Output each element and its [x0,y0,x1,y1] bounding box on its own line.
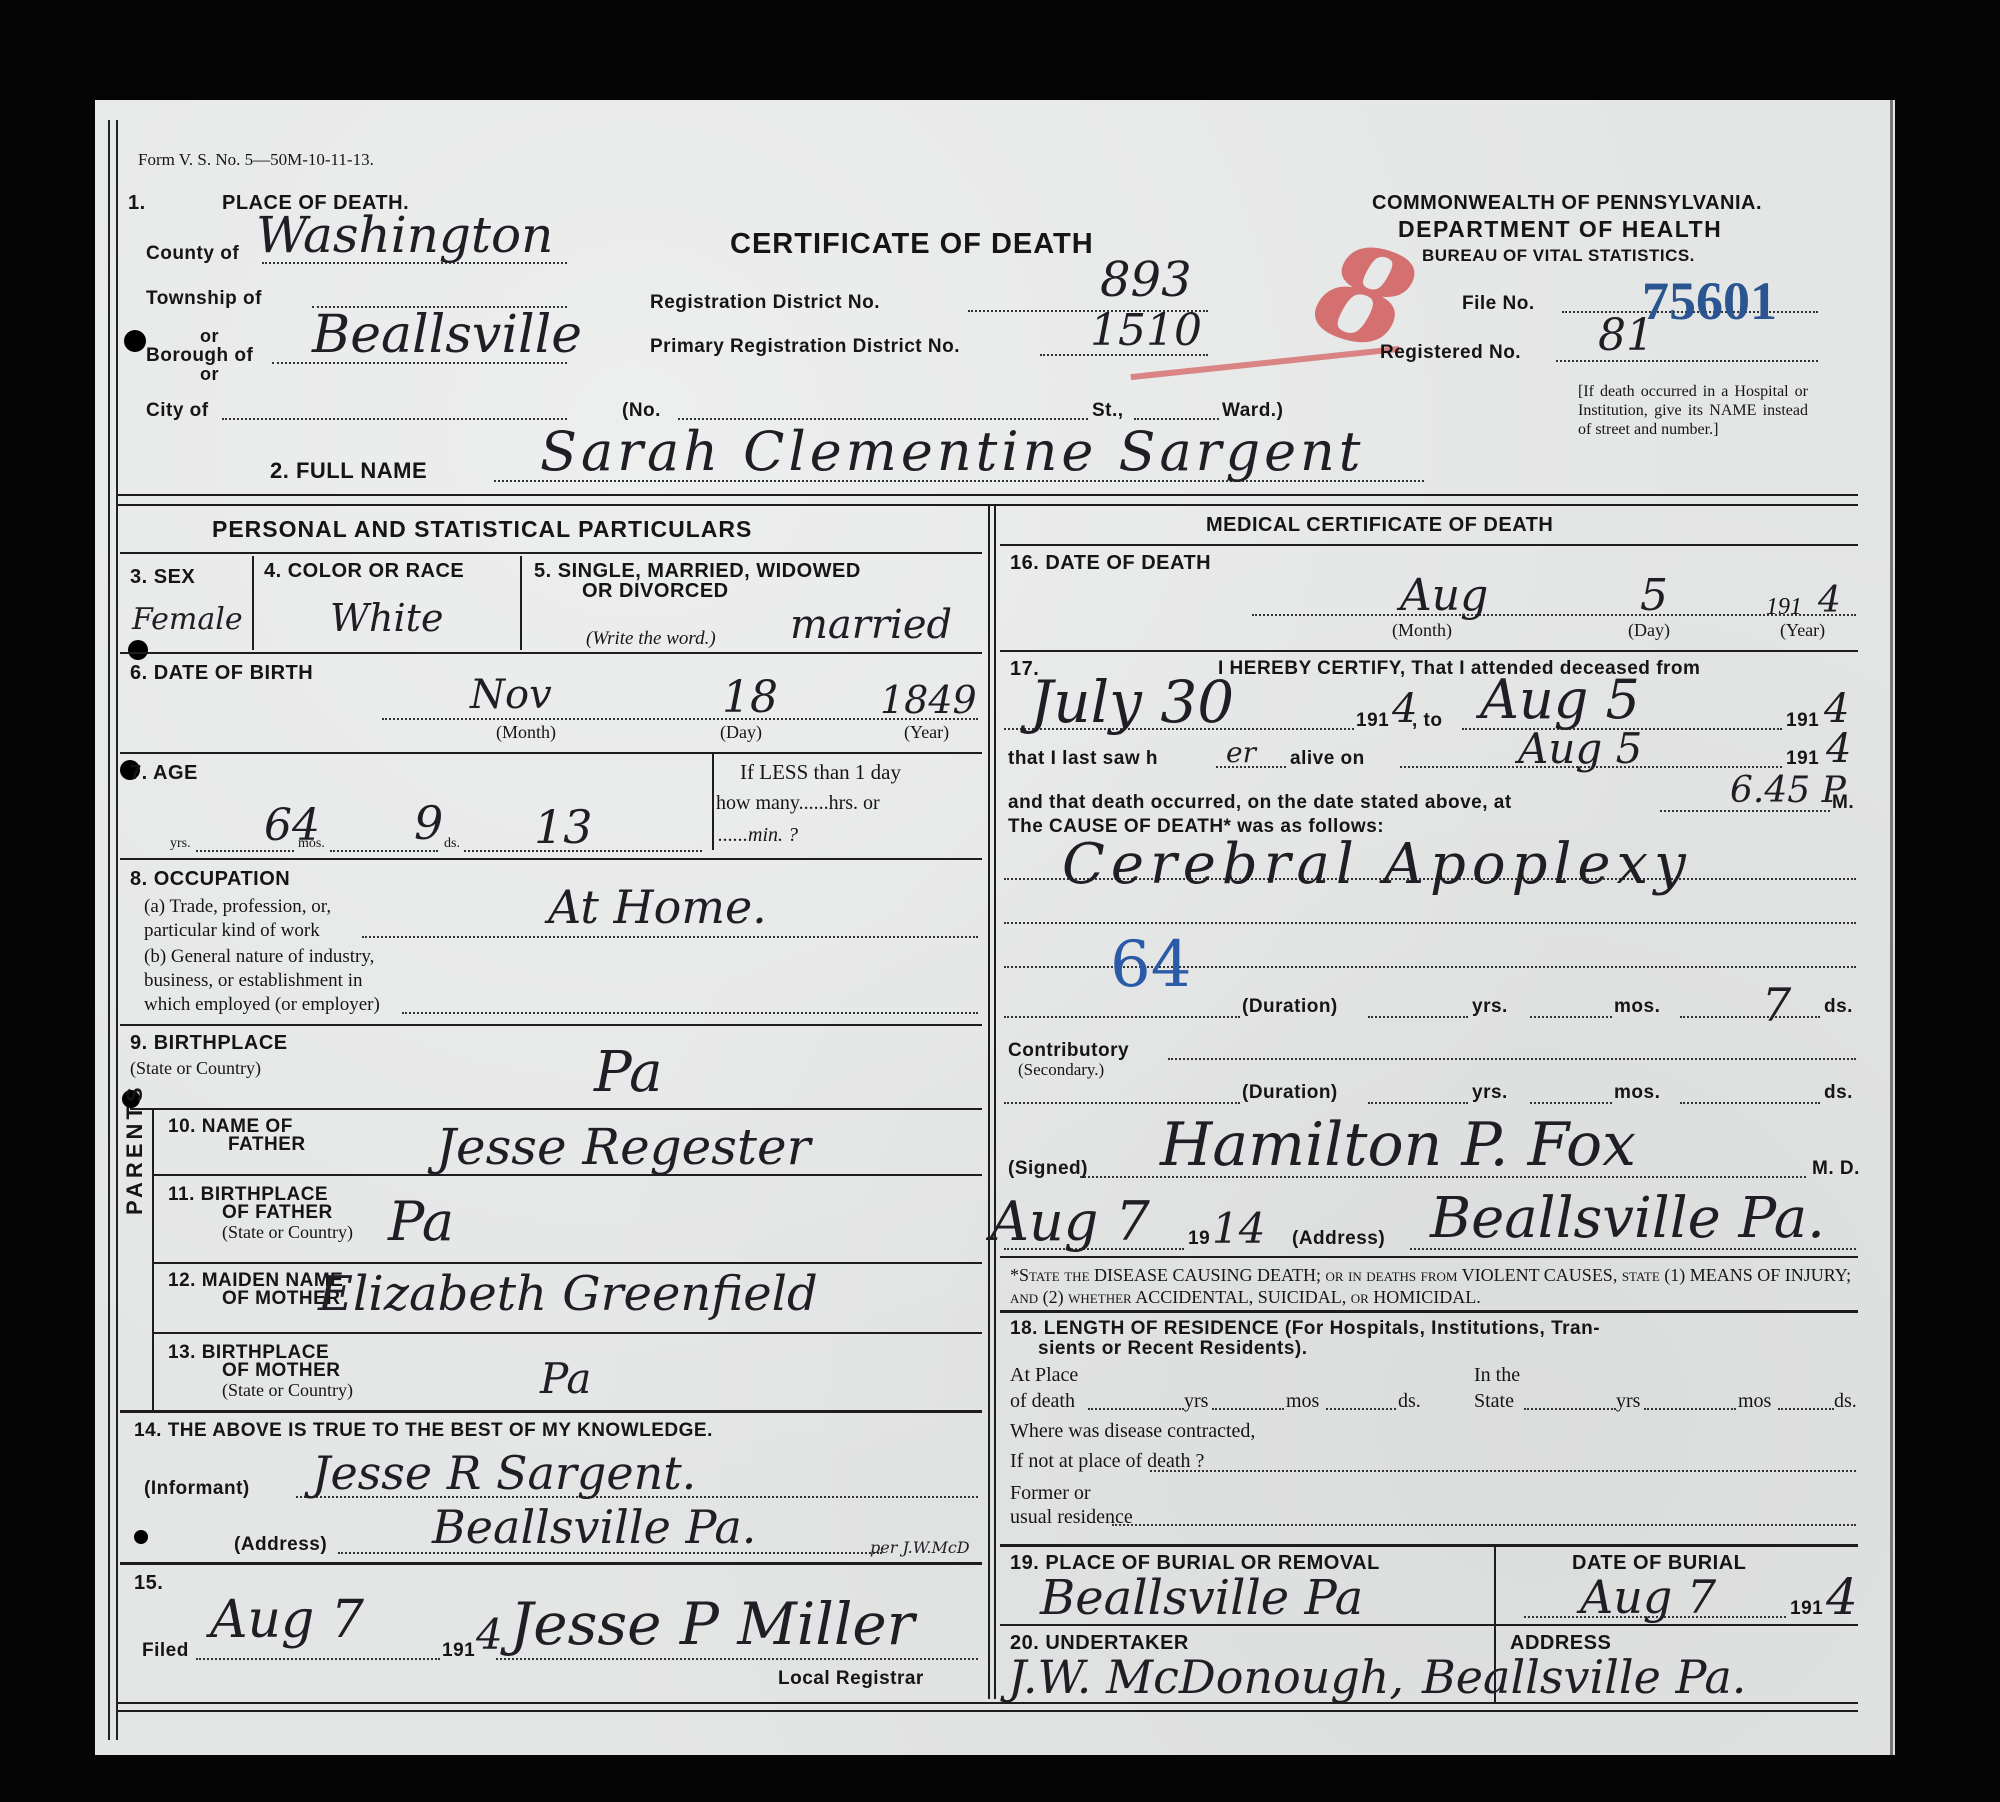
death-time-suffix: M. [1832,792,1854,814]
at-place-yrs: yrs [1184,1390,1208,1413]
marital-label-2: OR DIVORCED [582,580,729,603]
punch-hole [134,1530,148,1544]
alive-on-label: alive on [1290,748,1365,770]
dod-day-caption: (Day) [1628,620,1670,641]
occupation-b-line-2: business, or establishment in [144,970,362,992]
file-number-label: File No. [1462,293,1535,315]
at-place-label-1: At Place [1010,1364,1078,1387]
cause-of-death: Cerebral Apoplexy [1062,832,1692,897]
occupation-b-line-3: which employed (or employer) [144,994,380,1016]
occupation-label: 8. OCCUPATION [130,868,290,891]
father-birthplace-label-2: OF FATHER [222,1202,333,1224]
hospital-note: [If death occurred in a Hospital or Inst… [1578,382,1808,439]
dod-month: Aug [1400,570,1488,621]
race-value: White [330,596,443,640]
dob-month: Nov [470,672,552,718]
age-yrs-caption: yrs. [170,836,191,852]
at-place-mos: mos [1286,1390,1319,1413]
duration-yrs: yrs. [1472,996,1508,1018]
no-label: (No. [622,400,661,422]
age-days: 13 [534,800,593,854]
marital-value: married [790,602,952,648]
left-border [108,120,118,1740]
dob-day-caption: (Day) [720,722,762,743]
duration-mos: mos. [1614,996,1660,1018]
race-label: 4. COLOR OR RACE [264,560,464,583]
birthplace-value: Pa [594,1040,663,1105]
informant-label: (Informant) [144,1478,250,1500]
personal-heading: PERSONAL AND STATISTICAL PARTICULARS [212,516,752,543]
filed-year-suffix: 4 [476,1610,503,1659]
section-15-label: 15. [134,1572,163,1595]
less-day-line-2: how many......hrs. or [716,792,880,815]
st-label: St., [1092,400,1124,422]
attended-to-year-prefix: 191 [1786,710,1819,732]
section-1-number: 1. [128,192,146,215]
file-number-stamp: 75601 [1642,270,1777,332]
at-place-ds: ds. [1398,1390,1421,1413]
or-label: or [200,326,219,347]
signed-address-label: (Address) [1292,1228,1385,1250]
father-name-value: Jesse Regester [436,1118,811,1176]
undertaker-value: J.W. McDonough, [1008,1650,1404,1704]
dob-year: 1849 [880,678,977,722]
informant-address-value: Beallsville Pa. [432,1500,756,1554]
informant-address-note: per J.W.McD [870,1538,970,1557]
full-name-label: 2. FULL NAME [270,458,427,484]
burial-date-value: Aug 7 [1580,1570,1716,1624]
registered-number-value: 81 [1598,310,1654,361]
city-label: City of [146,400,209,422]
last-saw-pronoun: er [1226,736,1256,769]
form-number: Form V. S. No. 5—50M-10-11-13. [138,150,374,170]
duration-days: 7 [1762,978,1791,1032]
in-state-label-2: State [1474,1390,1514,1413]
age-months: 9 [414,796,443,850]
sex-value: Female [132,602,243,637]
occupation-a-line-1: (a) Trade, profession, or, [144,896,331,918]
in-state-ds: ds. [1834,1390,1857,1413]
dob-month-caption: (Month) [496,722,556,743]
physician-signature: Hamilton P. Fox [1160,1110,1636,1180]
contributory-label: Contributory [1008,1040,1129,1062]
filed-date: Aug 7 [210,1590,364,1650]
cause-footnote: *State the DISEASE CAUSING DEATH; or in … [1010,1264,1856,1308]
residence-label-2: sients or Recent Residents). [1038,1338,1308,1360]
age-ds-caption: ds. [444,836,460,852]
registrar-signature: Jesse P Miller [510,1590,914,1658]
mother-birthplace-label-2: OF MOTHER [222,1360,341,1382]
attended-from-year-prefix: 191 [1356,710,1389,732]
registration-district-value: 893 [1100,252,1192,308]
informant-statement: 14. THE ABOVE IS TRUE TO THE BEST OF MY … [134,1420,713,1442]
primary-district-value: 1510 [1090,305,1202,356]
burial-year-suffix: 4 [1826,1568,1858,1626]
contributory-duration-label: (Duration) [1242,1082,1338,1104]
dob-label: 6. DATE OF BIRTH [130,662,313,685]
last-saw-label: that I last saw h [1008,748,1158,770]
cause-code: 64 [1110,928,1191,1002]
residence-label: 18. LENGTH OF RESIDENCE (For Hospitals, … [1010,1318,1600,1340]
duration-label: (Duration) [1242,996,1338,1018]
borough-value: Beallsville [312,305,582,365]
informant-address-label: (Address) [234,1534,327,1556]
punch-hole [128,640,148,660]
county-label: County of [146,243,239,265]
punch-hole [124,330,146,352]
contracted-label-1: Where was disease contracted, [1010,1420,1255,1443]
medical-heading: MEDICAL CERTIFICATE OF DEATH [1206,514,1553,537]
informant-value: Jesse R Sargent. [312,1446,696,1500]
undertaker-address-value: Beallsville Pa. [1422,1650,1746,1704]
death-time-label: and that death occurred, on the date sta… [1008,792,1512,814]
father-name-label-2: FATHER [228,1134,306,1156]
certificate-title: CERTIFICATE OF DEATH [730,228,1094,261]
dod-label: 16. DATE OF DEATH [1010,552,1211,575]
less-day-line-1: If LESS than 1 day [740,760,901,785]
attended-to: Aug 5 [1480,668,1640,731]
duration-ds: ds. [1824,996,1853,1018]
dod-year-suffix: 4 [1818,580,1841,621]
contributory-duration-ds: ds. [1824,1082,1853,1104]
former-residence-label-1: Former or [1010,1482,1091,1505]
primary-district-label: Primary Registration District No. [650,336,960,358]
local-registrar-label: Local Registrar [778,1668,924,1690]
at-place-label-2: of death [1010,1390,1075,1413]
occupation-a-value: At Home. [548,880,767,934]
in-state-mos: mos [1738,1390,1771,1413]
right-border [1890,100,1893,1755]
registration-district-label: Registration District No. [650,292,880,314]
signed-date: Aug 7 [990,1190,1150,1253]
last-saw-year-prefix: 191 [1786,748,1819,770]
attended-from: July 30 [1030,668,1234,736]
agency-line-3: BUREAU OF VITAL STATISTICS. [1422,246,1695,266]
burial-year-prefix: 191 [1790,1598,1823,1620]
occupation-b-line-1: (b) General nature of industry, [144,946,374,968]
father-birthplace-sub: (State or Country) [222,1222,353,1243]
mother-birthplace-sub: (State or Country) [222,1380,353,1401]
last-saw-date: Aug 5 [1518,724,1642,773]
dob-day: 18 [722,672,778,723]
full-name-value: Sarah Clementine Sargent [540,420,1365,483]
in-state-yrs: yrs [1616,1390,1640,1413]
dob-year-caption: (Year) [904,722,949,743]
dod-year-caption: (Year) [1780,620,1825,641]
mother-name-value: Elizabeth Greenfield [318,1266,818,1322]
md-label: M. D. [1812,1158,1860,1180]
contributory-sub: (Secondary.) [1018,1060,1104,1080]
birthplace-sub: (State or Country) [130,1058,261,1079]
burial-place-value: Beallsville Pa [1040,1570,1363,1626]
dod-day: 5 [1640,570,1668,621]
or-label: or [200,364,219,385]
last-saw-year: 4 [1826,726,1851,772]
in-state-label-1: In the [1474,1364,1520,1387]
dod-month-caption: (Month) [1392,620,1452,641]
contributory-duration-mos: mos. [1614,1082,1660,1104]
signed-address: Beallsville Pa. [1430,1186,1825,1251]
contributory-duration-yrs: yrs. [1472,1082,1508,1104]
filed-label: Filed [142,1640,189,1662]
parents-side-label: PARENTS [122,1084,148,1216]
age-label: 7. AGE [130,762,198,785]
death-time-value: 6.45 P [1730,770,1846,811]
filed-year-prefix: 191 [442,1640,475,1662]
signed-label: (Signed) [1008,1158,1088,1180]
mother-birthplace-value: Pa [540,1354,591,1403]
signed-year-suffix: 14 [1212,1204,1265,1253]
father-birthplace-value: Pa [388,1190,454,1253]
marital-hint: (Write the word.) [586,628,716,650]
occupation-a-line-2: particular kind of work [144,920,320,942]
to-label: , to [1412,710,1443,732]
registered-number-label: Registered No. [1380,342,1521,364]
agency-line-2: DEPARTMENT OF HEALTH [1398,216,1722,243]
less-day-line-3: ......min. ? [718,824,798,847]
township-label: Township of [146,288,262,310]
ward-label: Ward.) [1222,400,1283,422]
birthplace-label: 9. BIRTHPLACE [130,1032,288,1055]
signed-year-prefix: 19 [1188,1228,1210,1250]
dod-year-prefix: 191 [1766,594,1802,621]
county-value: Washington [256,206,553,264]
agency-line-1: COMMONWEALTH OF PENNSYLVANIA. [1372,192,1762,215]
sex-label: 3. SEX [130,566,195,589]
age-mos-caption: mos. [298,836,325,852]
